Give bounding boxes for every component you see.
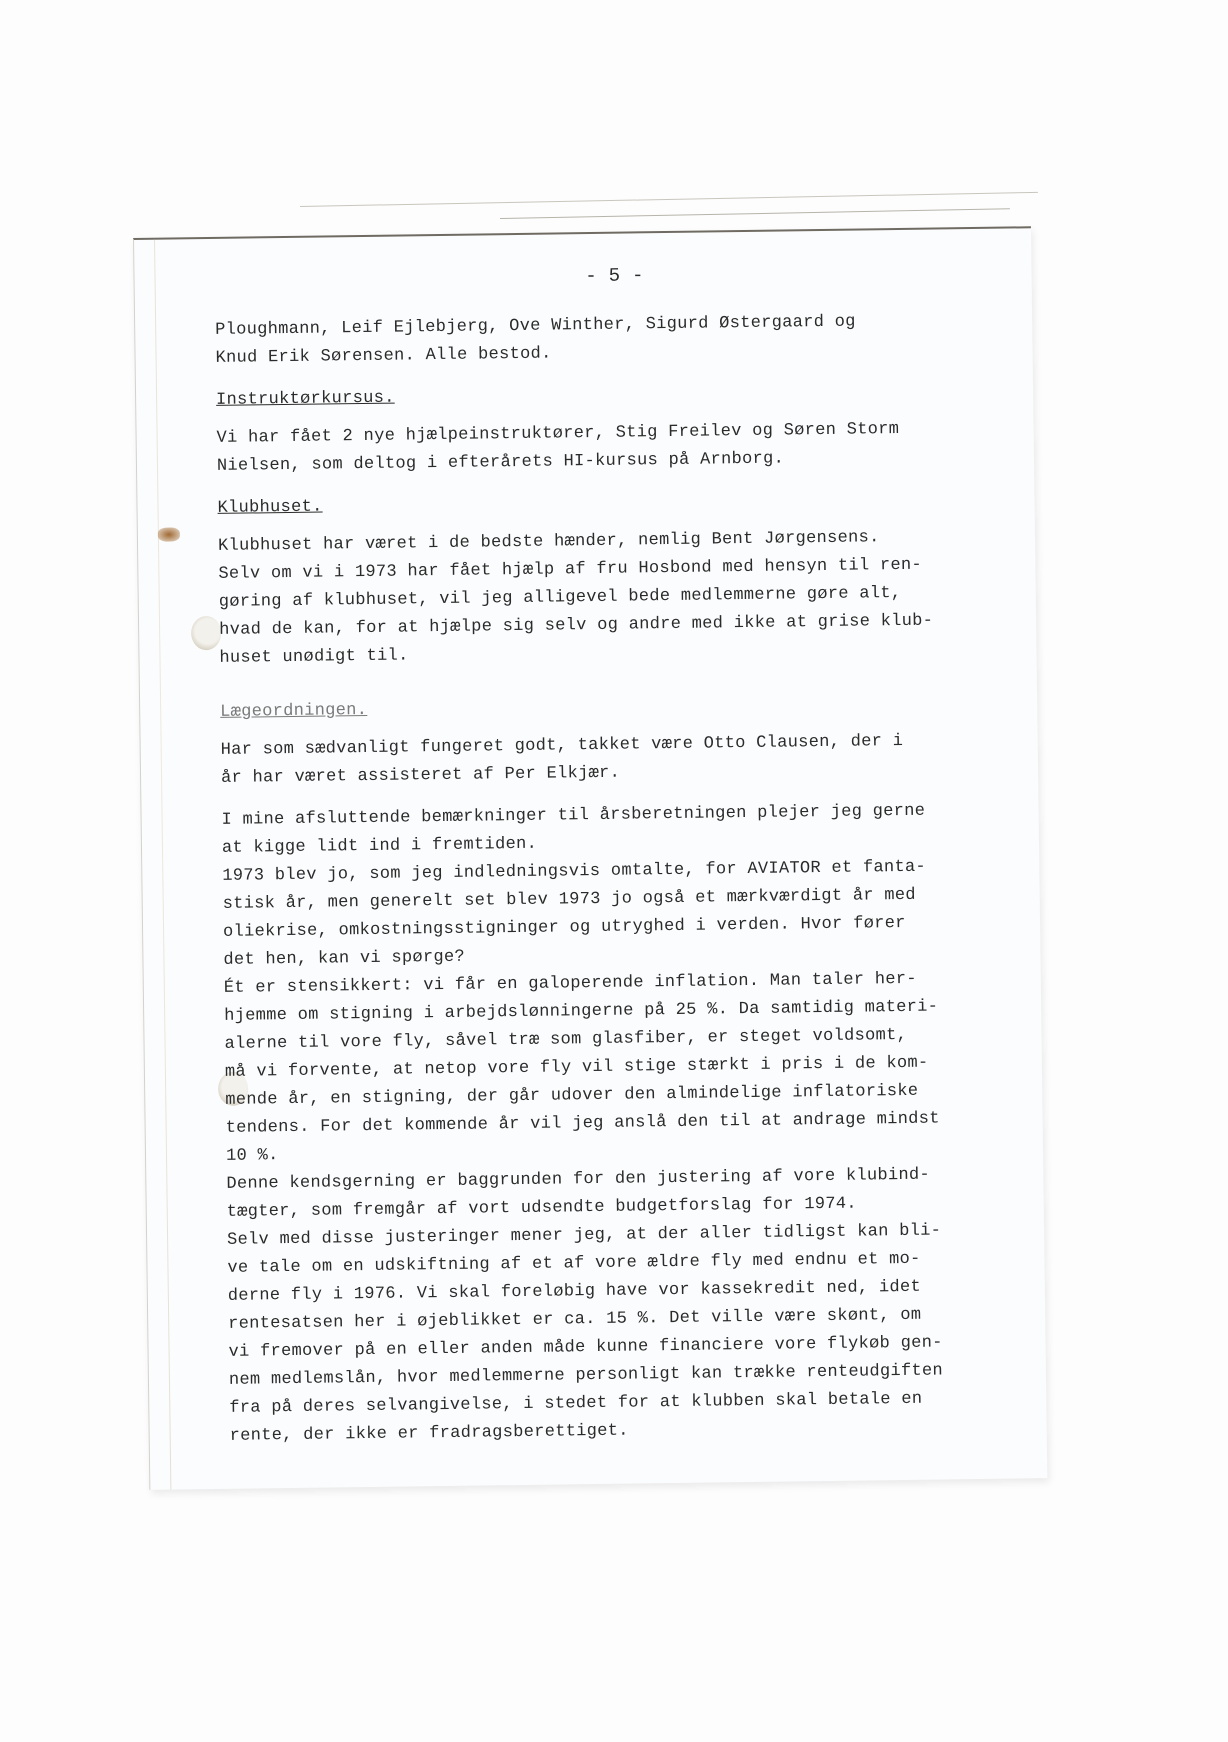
binding-fold bbox=[154, 240, 171, 1490]
heading-laegeordningen: Lægeordningen. bbox=[220, 688, 1020, 726]
typewritten-text: - 5 - Ploughmann, Leif Ejlebjerg, Ove Wi… bbox=[214, 248, 1030, 1450]
klubhuset-paragraph: Klubhuset har været i de bedste hænder, … bbox=[218, 522, 1020, 672]
document-page: - 5 - Ploughmann, Leif Ejlebjerg, Ove Wi… bbox=[133, 226, 1047, 1490]
closing-paragraph-2: 1973 blev jo, som jeg indledningsvis omt… bbox=[222, 852, 1023, 974]
heading-klubhuset: Klubhuset. bbox=[217, 484, 1017, 522]
instruktor-paragraph: Vi har fået 2 nye hjælpeinstruktører, St… bbox=[216, 414, 1017, 480]
intro-paragraph: Ploughmann, Leif Ejlebjerg, Ove Winther,… bbox=[215, 306, 1016, 372]
staple-rust-mark bbox=[158, 527, 180, 541]
closing-paragraph-4: Denne kendsgerning er baggrunden for den… bbox=[226, 1160, 1027, 1226]
closing-paragraph-3: Ét er stensikkert: vi får en galoperende… bbox=[224, 964, 1026, 1170]
heading-instruktorkursus: Instruktørkursus. bbox=[216, 376, 1016, 414]
laegeordningen-paragraph: Har som sædvanligt fungeret godt, takket… bbox=[221, 726, 1022, 792]
punch-hole bbox=[191, 616, 221, 650]
closing-paragraph-5: Selv med disse justeringer mener jeg, at… bbox=[227, 1216, 1030, 1450]
closing-paragraph-1: I mine afsluttende bemærkninger til årsb… bbox=[221, 796, 1022, 862]
page-number: - 5 - bbox=[214, 256, 1014, 294]
